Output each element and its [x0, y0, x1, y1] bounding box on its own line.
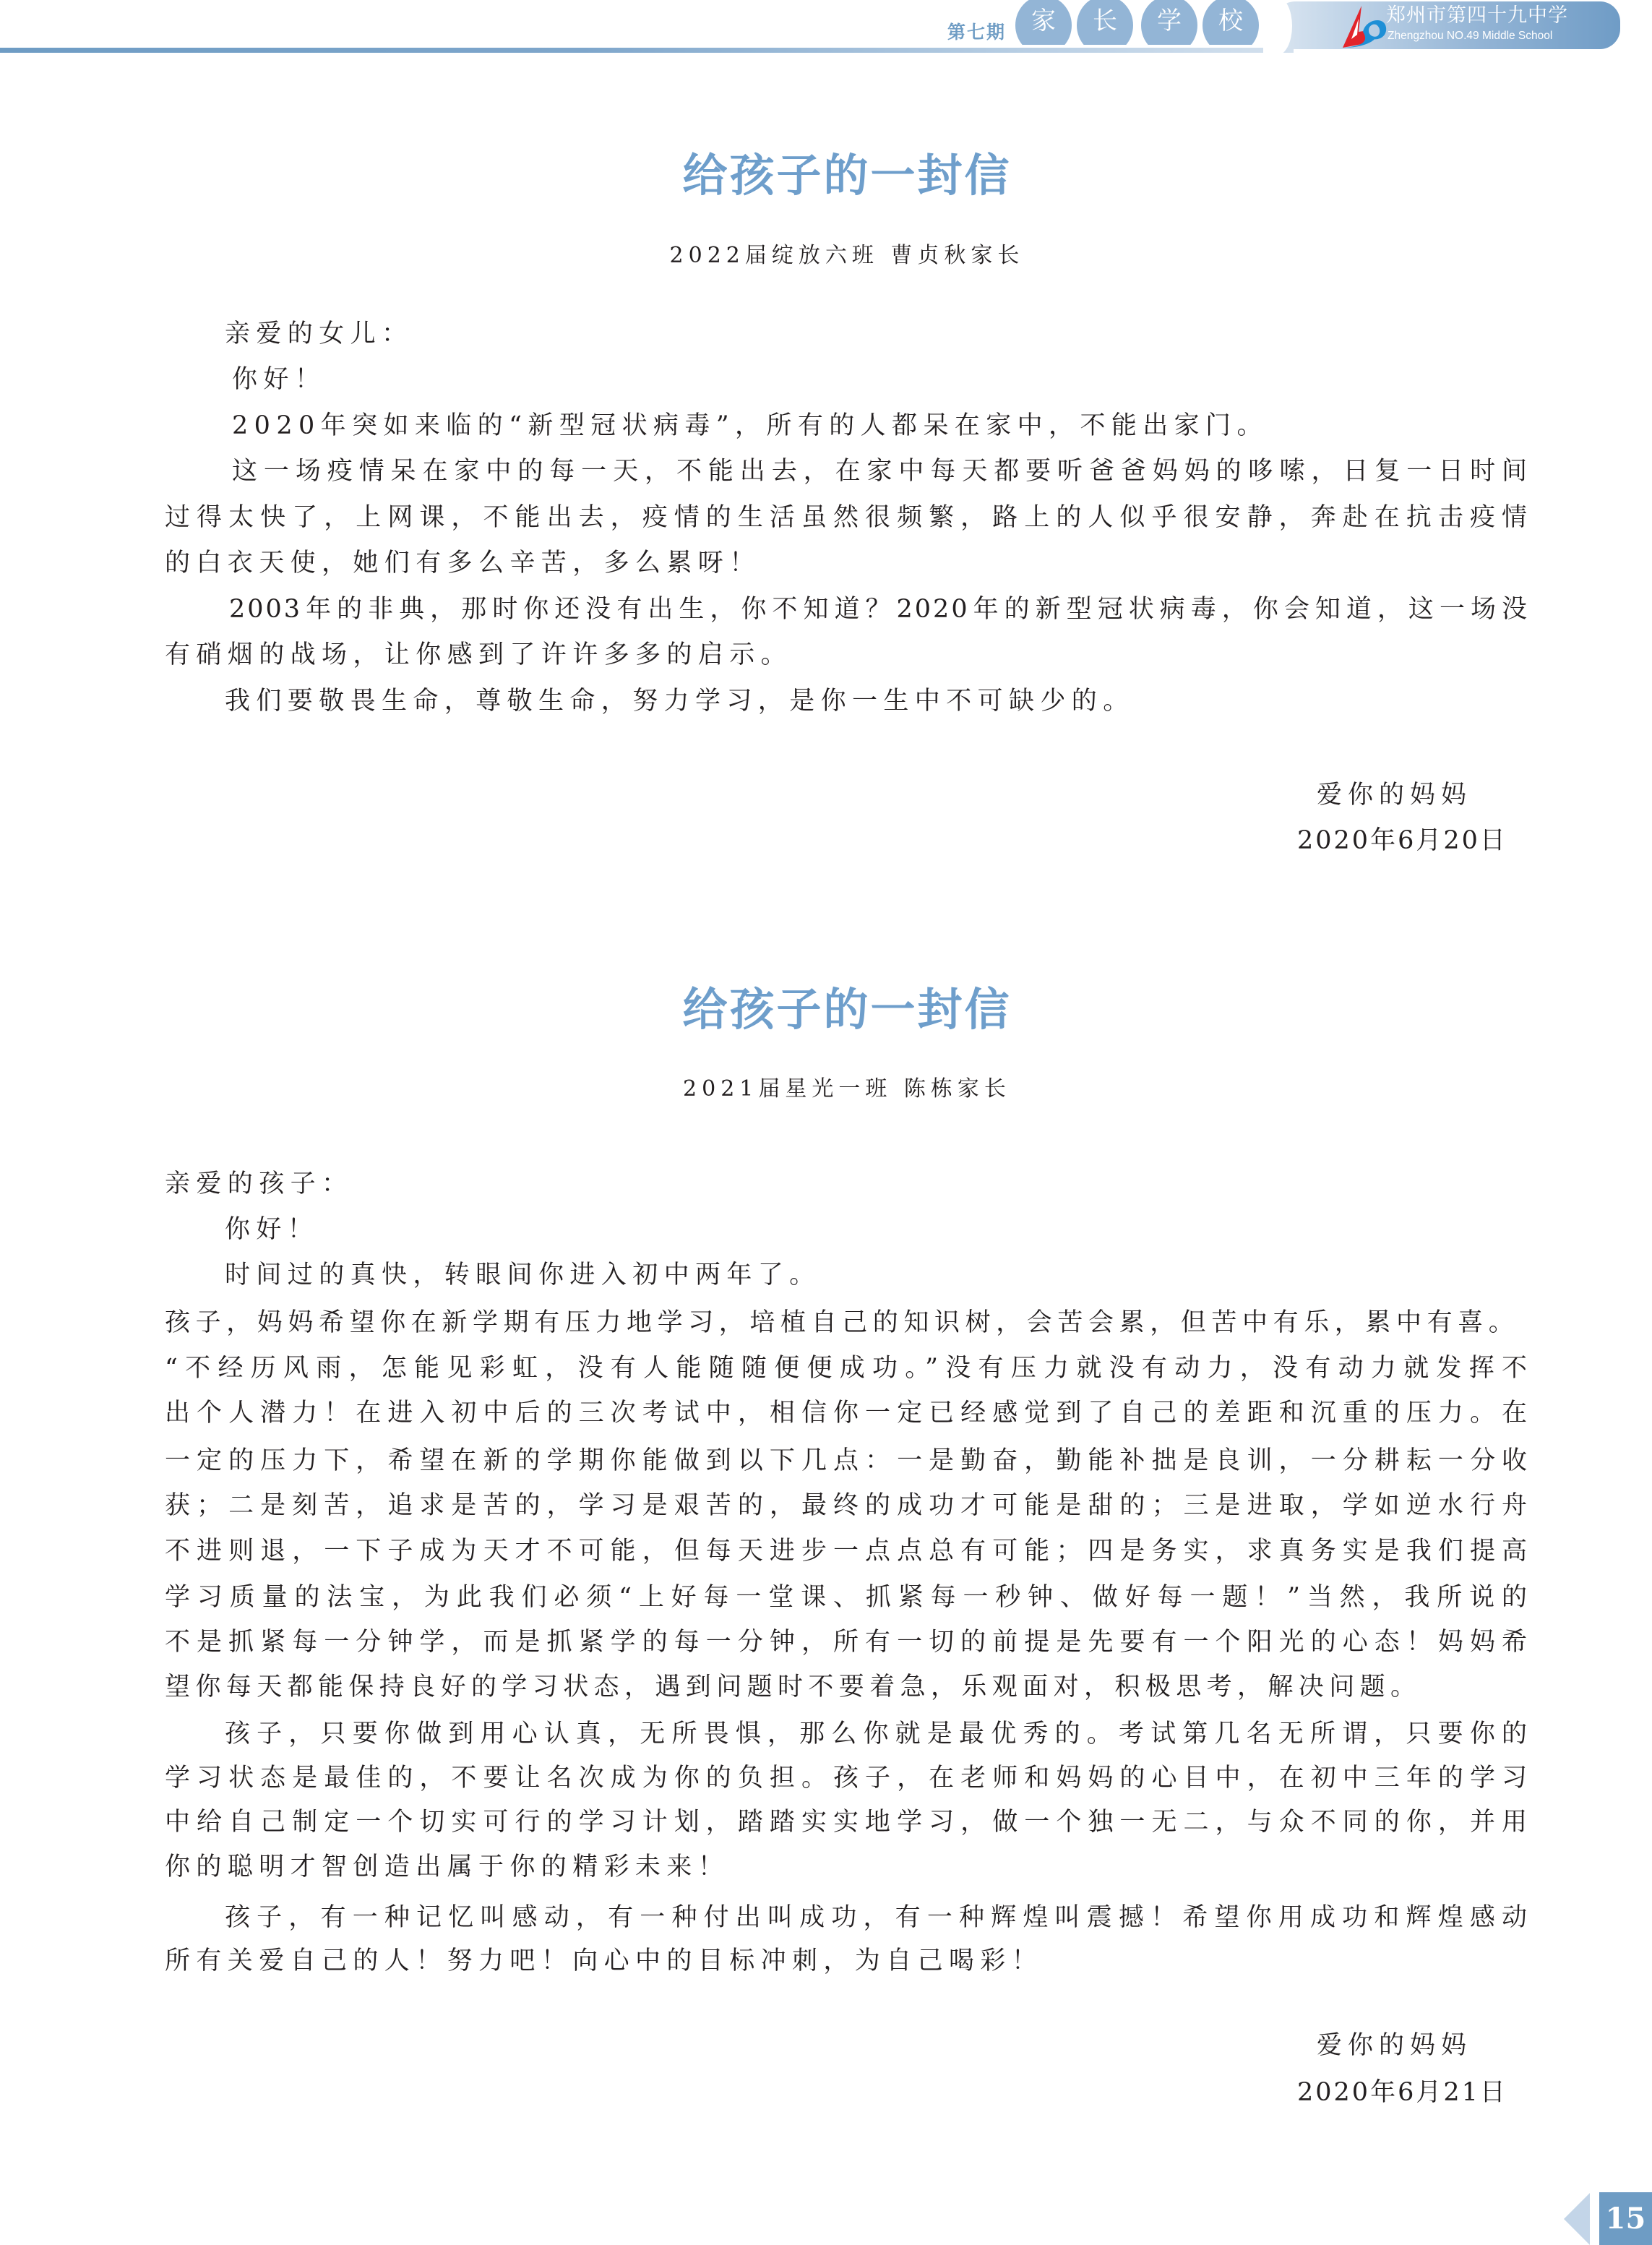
body-line: 我们要敬畏生命，尊敬生命，努力学习，是你一生中不可缺少的。 — [225, 685, 1135, 717]
body-line: 不进则退，一下子成为天才不可能，但每天进步一点点总有可能；四是务实，求真务实是我… — [165, 1535, 1529, 1567]
body-line: 中给自己制定一个切实可行的学习计划，踏踏实实地学习，做一个独一无二，与众不同的你… — [165, 1806, 1529, 1838]
page-marker-triangle — [1564, 2193, 1590, 2245]
body-line: 获；二是刻苦，追求是苦的，学习是艰苦的，最终的成功才可能是甜的；三是进取，学如逆… — [165, 1490, 1529, 1521]
body-line: 望你每天都能保持良好的学习状态，遇到问题时不要着急，乐观面对，积极思考，解决问题… — [165, 1671, 1421, 1703]
body-line: 所有关爱自己的人！努力吧！向心中的目标冲刺，为自己喝彩！ — [165, 1945, 1043, 1977]
salutation: 亲爱的女儿： — [225, 318, 413, 350]
body-line: 孩子，妈妈希望你在新学期有压力地学习，培植自己的知识树，会苦会累，但苦中有乐，累… — [165, 1307, 1519, 1339]
letter-title: 给孩子的一封信 — [165, 982, 1529, 1037]
salutation: 亲爱的孩子： — [165, 1168, 353, 1200]
body-line: 学习状态是最佳的，不要让名次成为你的负担。孩子，在老师和妈妈的心目中，在初中三年… — [165, 1762, 1529, 1794]
letter-date: 2020年6月21日 — [1297, 2077, 1507, 2108]
greeting: 你好！ — [225, 1214, 319, 1245]
body-line: 一定的压力下，希望在新的学期你能做到以下几点：一是勤奋，勤能补拙是良训，一分耕耘… — [165, 1445, 1529, 1477]
greeting: 你好！ — [232, 364, 326, 395]
column-badges: 家 长 学 校 — [1008, 0, 1268, 45]
body-line: 不是抓紧每一分钟学，而是抓紧学的每一分钟，所有一切的前提是先要有一个阳光的心态！… — [165, 1626, 1529, 1658]
body-line: 孩子，只要你做到用心认真，无所畏惧，那么你就是最优秀的。考试第几名无所谓，只要你… — [225, 1718, 1529, 1750]
body-line: 2020年突如来临的“新型冠状病毒”，所有的人都呆在家中，不能出家门。 — [232, 410, 1268, 442]
letter-byline: 2021届星光一班 陈栋家长 — [165, 1075, 1529, 1104]
school-name-cn: 郑州市第四十九中学 — [1386, 4, 1568, 27]
page-number: 15 — [1599, 2192, 1652, 2245]
column-badge: 长 — [1077, 0, 1133, 45]
body-line: 出个人潜力！在进入初中后的三次考试中，相信你一定已经感觉到了自己的差距和沉重的压… — [165, 1397, 1529, 1429]
issue-label: 第七期 — [947, 20, 1006, 45]
column-badge: 家 — [1015, 0, 1072, 45]
letter-closing: 爱你的妈妈 — [1317, 2030, 1472, 2061]
letter-byline: 2022届绽放六班 曹贞秋家长 — [165, 241, 1529, 270]
letter-closing: 爱你的妈妈 — [1317, 779, 1472, 811]
body-line: 的白衣天使，她们有多么辛苦，多么累呀！ — [165, 547, 761, 579]
school-name-en: Zhengzhou NO.49 Middle School — [1388, 29, 1552, 43]
body-line: 这一场疫情呆在家中的每一天，不能出去，在家中每天都要听爸爸妈妈的哆嗦，日复一日时… — [232, 455, 1529, 487]
letter-title: 给孩子的一封信 — [165, 148, 1529, 203]
column-badge: 校 — [1203, 0, 1259, 45]
body-line: 孩子，有一种记忆叫感动，有一种付出叫成功，有一种辉煌叫震撼！希望你用成功和辉煌感… — [225, 1902, 1529, 1933]
letter-date: 2020年6月20日 — [1297, 825, 1507, 857]
body-line: “不经历风雨，怎能见彩虹，没有人能随随便便成功。”没有压力就没有动力，没有动力就… — [165, 1352, 1529, 1384]
body-line: 有硝烟的战场，让你感到了许许多多的启示。 — [165, 639, 792, 671]
body-line: 你的聪明才智创造出属于你的精彩未来！ — [165, 1851, 729, 1883]
body-line: 2003年的非典，那时你还没有出生，你不知道？2020年的新型冠状病毒，你会知道… — [229, 593, 1529, 625]
header-rule — [0, 48, 1294, 53]
body-line: 时间过的真快，转眼间你进入初中两年了。 — [225, 1259, 821, 1291]
column-badge: 学 — [1141, 0, 1197, 45]
body-line: 过得太快了，上网课，不能出去，疫情的生活虽然很频繁，路上的人似乎很安静，奔赴在抗… — [165, 502, 1529, 533]
body-line: 学习质量的法宝，为此我们必须“上好每一堂课、抓紧每一秒钟、做好每一题！”当然，我… — [165, 1581, 1529, 1613]
school-49-logo-icon — [1337, 3, 1392, 51]
